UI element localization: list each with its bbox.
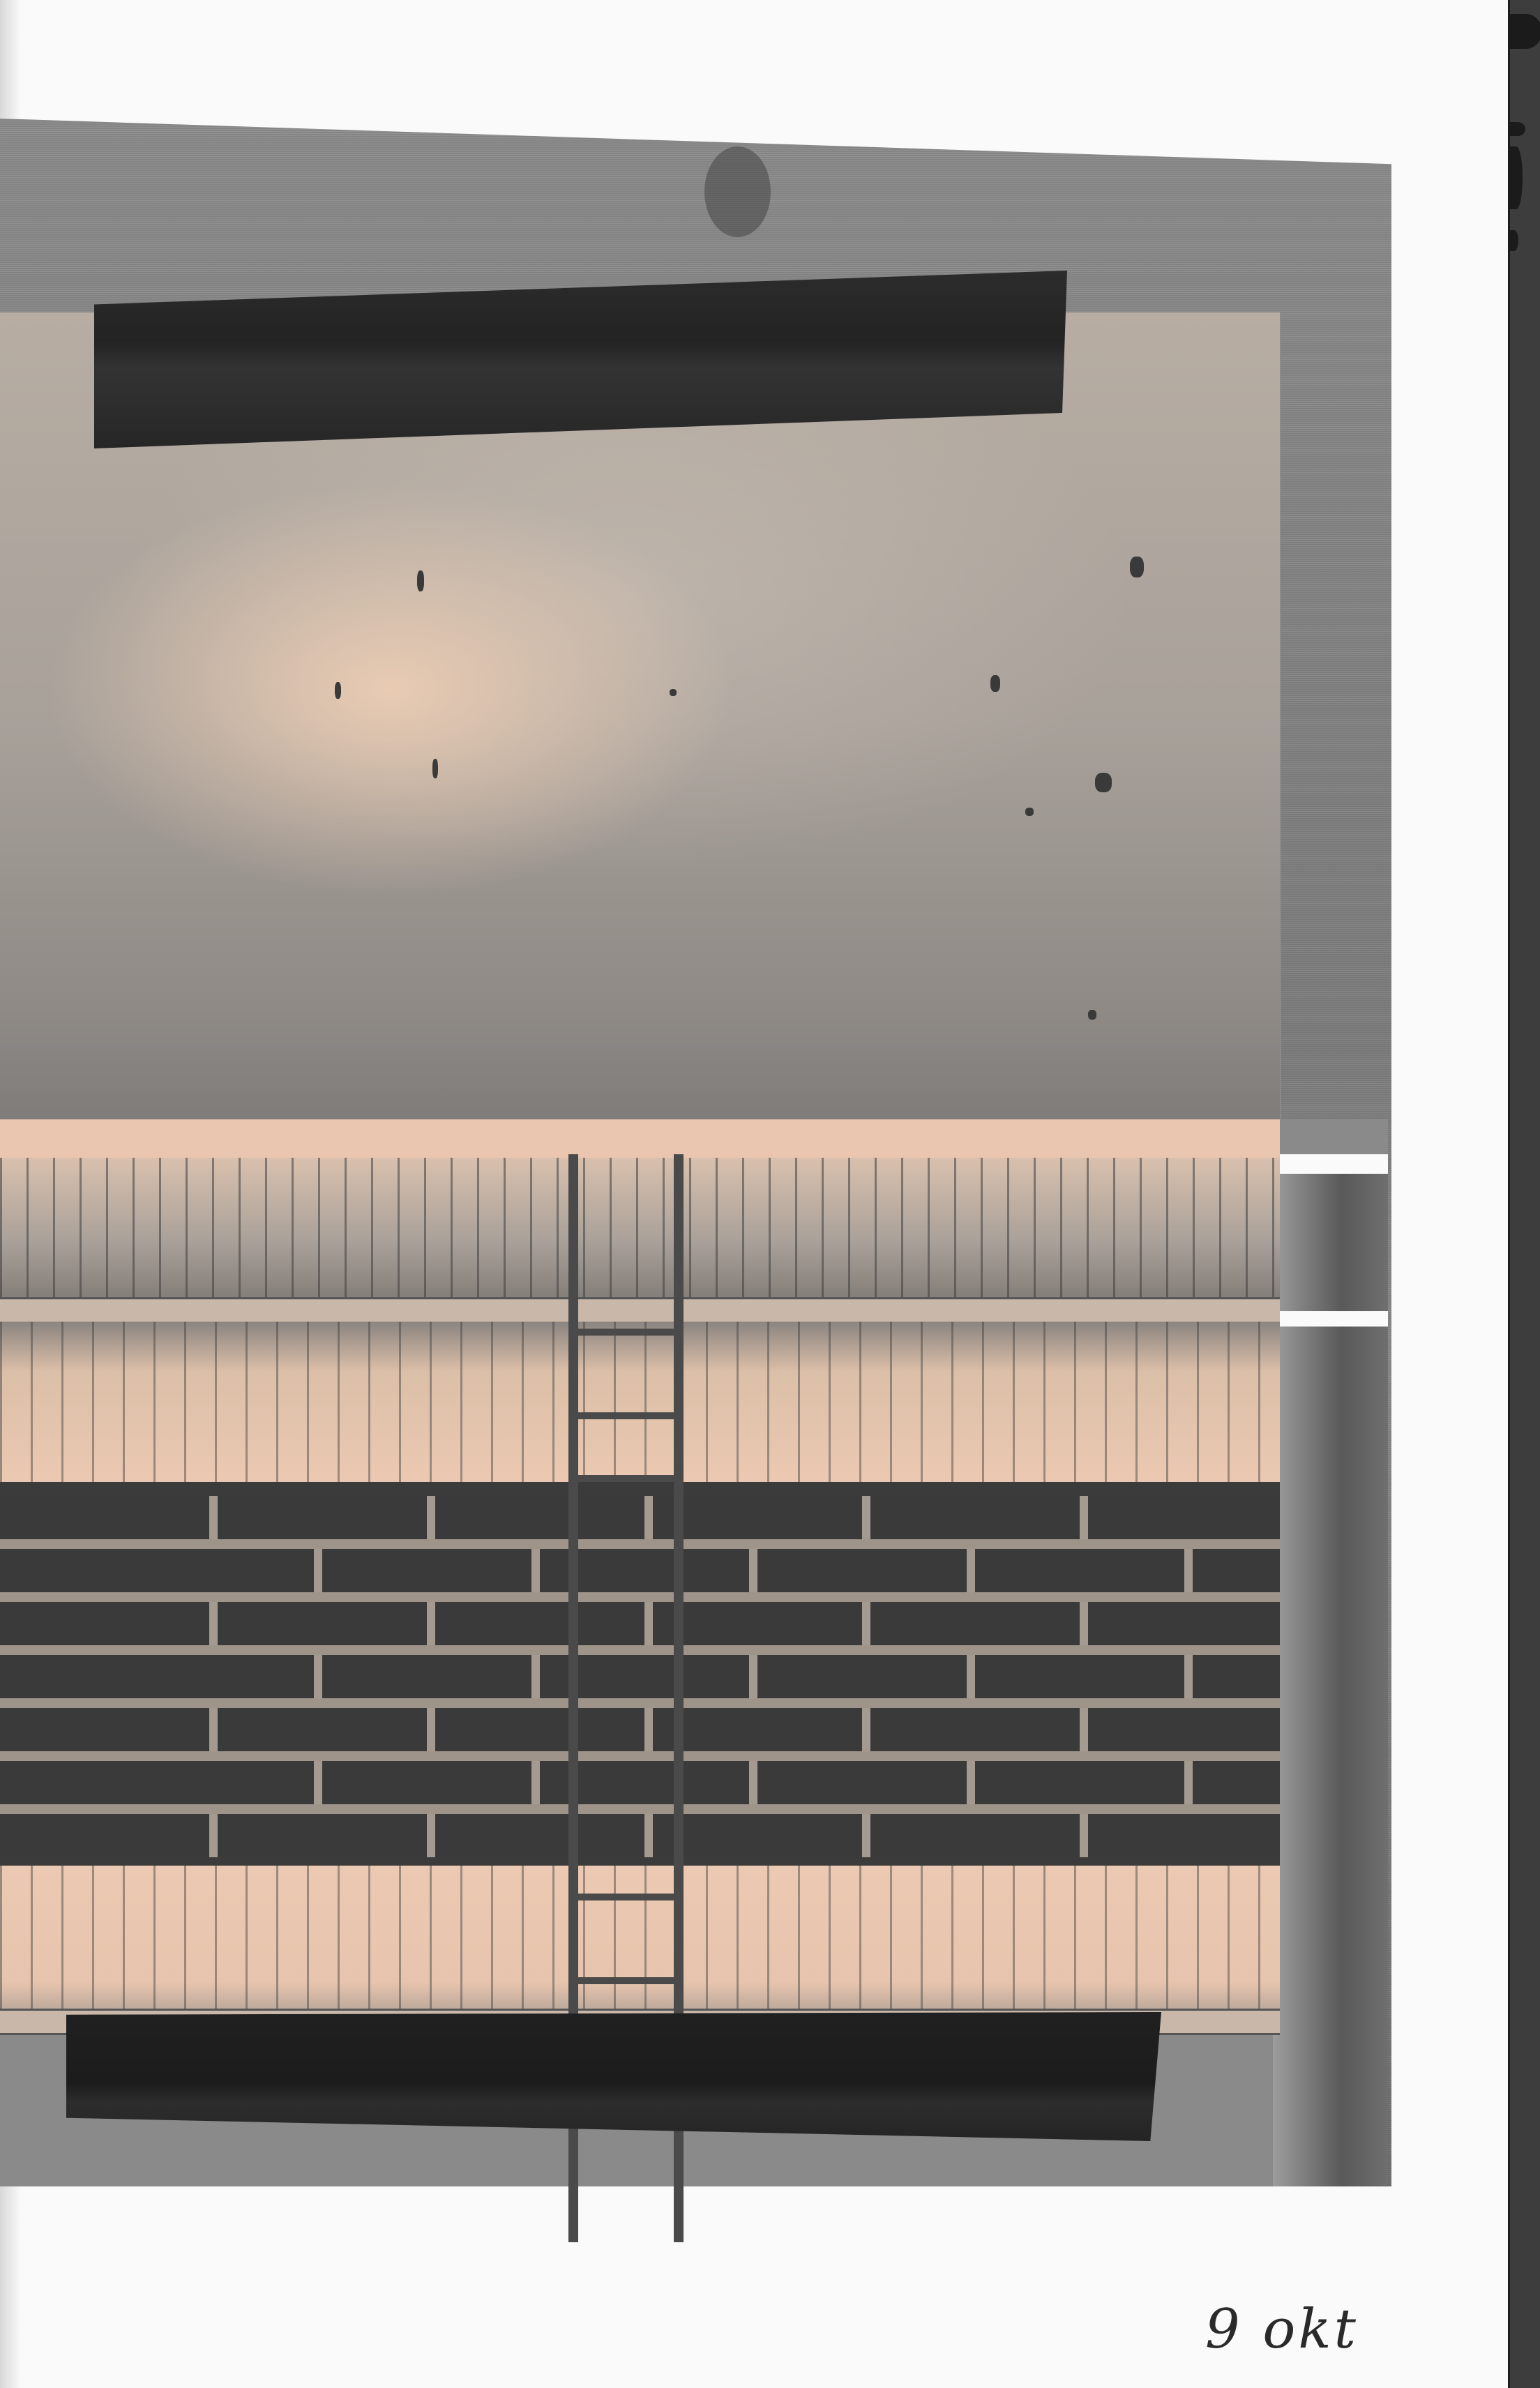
pipe-bracket: [578, 1412, 674, 1419]
white-gap: [1280, 1154, 1388, 1174]
pipe-bracket: [578, 1475, 674, 1482]
speck: [990, 675, 1000, 692]
pipe-bracket: [578, 1977, 674, 1984]
ink-blot: [1510, 14, 1540, 49]
brick-wall-sheet: [0, 1119, 1280, 2124]
speck: [1025, 808, 1034, 816]
speck: [432, 759, 438, 778]
binding-edge: [1508, 0, 1540, 2388]
pipe-bracket: [578, 1329, 674, 1336]
speck: [335, 682, 341, 699]
speck: [1095, 773, 1112, 792]
speck: [1130, 557, 1144, 577]
speck: [417, 570, 424, 591]
peach-band: [0, 1119, 1280, 1158]
white-gap: [1280, 1311, 1388, 1327]
speck: [670, 689, 677, 696]
handwritten-date: 9 okt: [1205, 2298, 1359, 2361]
ink-blot: [1510, 146, 1523, 209]
speck: [1088, 1010, 1096, 1020]
ink-blot: [1510, 122, 1525, 136]
stain-mark: [704, 146, 771, 237]
pipe-bracket: [578, 1894, 674, 1900]
ink-blot: [1510, 230, 1518, 251]
